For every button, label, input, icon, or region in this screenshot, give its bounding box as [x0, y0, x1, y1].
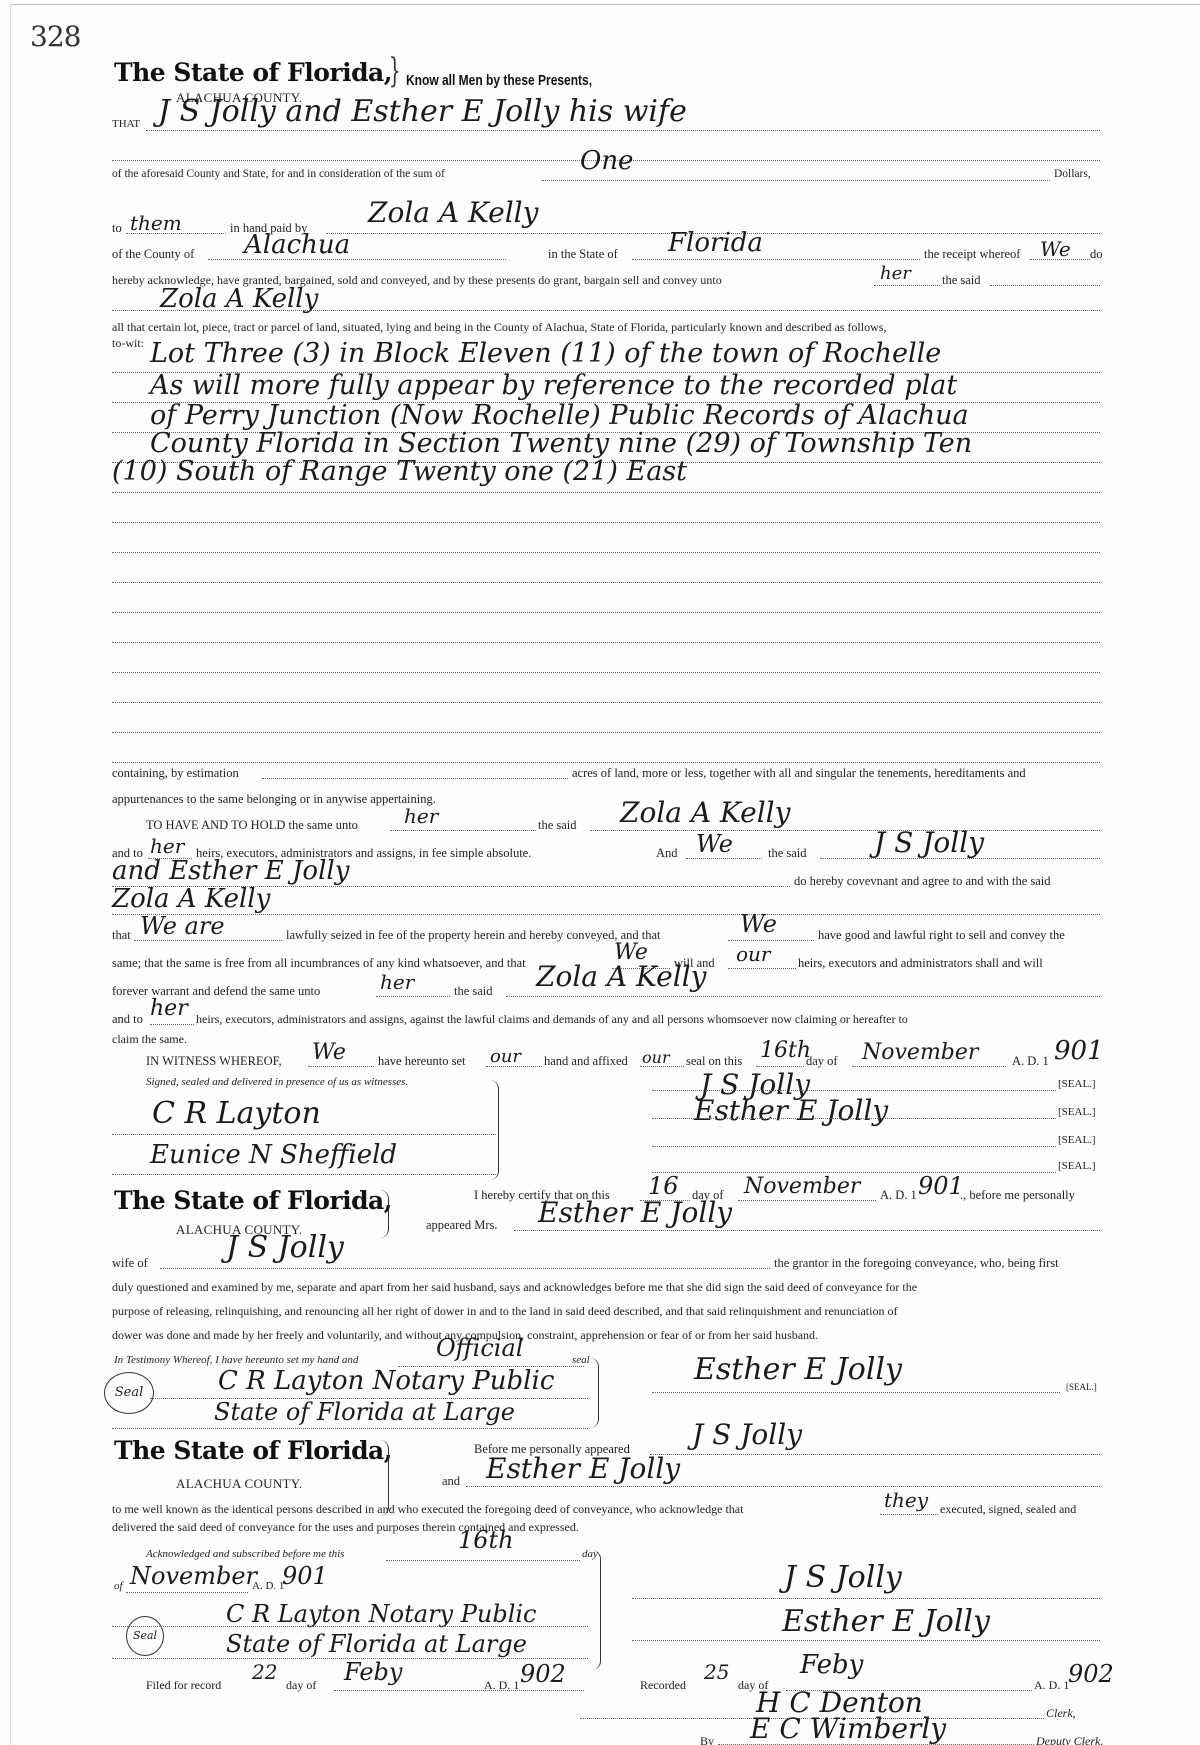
testimony-seal-label: seal: [572, 1354, 590, 1366]
said-label: the said: [768, 846, 807, 861]
dotted-line: [112, 914, 1100, 915]
consideration-text: of the aforesaid County and State, for a…: [112, 168, 445, 180]
ack-of-label: of: [114, 1580, 123, 1592]
witness-ad-label: A. D. 1: [1012, 1054, 1049, 1069]
dotted-line: [112, 522, 1100, 523]
appeared-value: Esther E Jolly: [538, 1196, 732, 1229]
seized-value: We: [740, 910, 777, 938]
grantor-text: the grantor in the foregoing conveyance,…: [774, 1256, 1059, 1271]
and-value: We: [696, 830, 733, 858]
dotted-line: [160, 1268, 770, 1269]
ack-state-title: The State of Florida,: [114, 1436, 392, 1465]
signed-sealed-text: Signed, sealed and delivered in presence…: [146, 1076, 408, 1088]
filed-day: 22: [252, 1660, 277, 1684]
certificate-signature: Esther E Jolly: [694, 1352, 902, 1387]
dotted-line: [756, 1066, 804, 1067]
certificate-ad-label: A. D. 1: [880, 1188, 917, 1203]
witness-day-of: day of: [806, 1054, 838, 1069]
notary-line-2: State of Florida at Large: [214, 1398, 515, 1426]
seal-label-2: [SEAL.]: [1058, 1106, 1096, 1118]
and-label: And: [656, 846, 678, 861]
witness-month: November: [862, 1040, 978, 1065]
dotted-line: [112, 1626, 588, 1627]
dotted-line: [514, 1230, 1100, 1231]
known-value: they: [884, 1488, 928, 1512]
dotted-line: [686, 858, 762, 859]
dotted-line: [852, 1066, 1006, 1067]
witness-signature-1: C R Layton: [152, 1096, 321, 1131]
wife-of-value: J S Jolly: [226, 1230, 344, 1265]
filed-ad-label: A. D. 1: [484, 1678, 519, 1693]
filed-month: Feby: [344, 1658, 402, 1686]
appurtenances-text: appurtenances to the same belonging or i…: [112, 792, 436, 807]
dotted-line: [112, 1174, 496, 1175]
dotted-line: [112, 1428, 588, 1429]
recorded-year: 902: [1068, 1660, 1114, 1688]
ack-signature-1: J S Jolly: [784, 1560, 902, 1595]
dotted-line: [652, 1392, 1060, 1393]
dotted-line: [880, 1514, 938, 1515]
page-edge-top: [10, 4, 1200, 5]
dotted-line: [652, 1090, 1056, 1091]
dotted-line: [466, 1486, 1100, 1487]
witness-affixed-value: our: [642, 1048, 670, 1067]
appeared-label: appeared Mrs.: [426, 1218, 498, 1233]
covenantee-field: Zola A Kelly: [112, 884, 270, 914]
know-all-men: Know all Men by these Presents,: [406, 72, 592, 89]
acres-text: acres of land, more or less, together wi…: [572, 766, 1026, 781]
known-text: to me well known as the identical person…: [112, 1502, 743, 1517]
habendum-said: the said: [538, 818, 577, 833]
dotted-line: [652, 1146, 1056, 1147]
ack-and-label: and: [442, 1474, 460, 1489]
dotted-line: [652, 1118, 1056, 1119]
warrant-grantee: Zola A Kelly: [536, 960, 706, 993]
certificate-year: 901: [918, 1172, 964, 1200]
deed-page: 328 The State of Florida, } Know all Men…: [0, 0, 1200, 1745]
dollars-label: Dollars,: [1054, 168, 1091, 180]
receipt-value: We: [1040, 237, 1071, 261]
dotted-line: [728, 968, 796, 969]
testimony-value: Official: [436, 1334, 523, 1362]
and-to-2-value: her: [150, 996, 188, 1021]
covenant-text: do hereby covevnant and agree to and wit…: [794, 874, 1051, 889]
witness-signature-2: Eunice N Sheffield: [150, 1140, 397, 1170]
ack-year: 901: [282, 1562, 328, 1590]
witness-hand-label: hand and affixed: [544, 1054, 628, 1069]
dotted-line: [134, 940, 282, 941]
dotted-line: [874, 285, 940, 286]
wife-of-label: wife of: [112, 1256, 148, 1271]
warrant-text: forever warrant and defend the same unto: [112, 984, 320, 999]
the-said-label: the said: [942, 273, 981, 288]
witness-label: IN WITNESS WHEREOF,: [146, 1054, 282, 1069]
witness-who: We: [312, 1040, 346, 1065]
deputy-clerk-label: Deputy Clerk.: [1036, 1734, 1103, 1745]
testimony-label: In Testimony Whereof, I have hereunto se…: [114, 1354, 358, 1366]
will-value: our: [736, 942, 770, 966]
consideration-amount: One: [580, 146, 633, 176]
witness-set-label: have hereunto set: [378, 1054, 465, 1069]
ack-ad-label: A. D. 1: [252, 1580, 284, 1592]
free-text: same; that the same is free from all inc…: [112, 956, 526, 971]
to-value: them: [130, 211, 182, 235]
dotted-line: [650, 1454, 1100, 1455]
clerk-label: Clerk,: [1046, 1706, 1076, 1721]
covenantor-1: J S Jolly: [874, 826, 984, 859]
legal-description-line: of Perry Junction (Now Rochelle) Public …: [150, 400, 969, 431]
dotted-line: [126, 1592, 248, 1593]
ack-signature-2: Esther E Jolly: [782, 1604, 990, 1639]
deputy-clerk-signature: E C Wimberly: [750, 1712, 946, 1745]
unto-value: her: [880, 263, 911, 284]
dotted-line: [150, 1024, 194, 1025]
and-to-value: her: [150, 834, 184, 858]
executed-text: executed, signed, sealed and: [940, 1502, 1076, 1517]
page-number: 328: [30, 20, 80, 53]
filed-label: Filed for record: [146, 1678, 221, 1693]
dotted-line: [738, 1200, 876, 1201]
dotted-line: [262, 778, 568, 779]
legal-description-line: As will more fully appear by reference t…: [150, 370, 957, 401]
ack-subscribed-label: Acknowledged and subscribed before me th…: [146, 1548, 344, 1560]
ack-notary-line-2: State of Florida at Large: [226, 1630, 527, 1658]
receipt-label: the receipt whereof: [924, 247, 1020, 262]
page-edge-left: [10, 4, 11, 1745]
filed-year: 902: [520, 1660, 566, 1688]
header-brace: }: [389, 54, 401, 88]
legal-description-line: Lot Three (3) in Block Eleven (11) of th…: [150, 338, 941, 369]
recorded-ad-label: A. D. 1: [1034, 1678, 1069, 1693]
ack-and-value: Esther E Jolly: [486, 1452, 680, 1485]
claim-same-text: claim the same.: [112, 1032, 187, 1047]
dotted-line: [990, 285, 1100, 286]
dotted-line: [112, 310, 1100, 311]
ack-month: November: [130, 1562, 257, 1590]
containing-label: containing, by estimation: [112, 766, 239, 781]
dotted-line: [632, 1640, 1100, 1641]
warrant-value: her: [380, 970, 414, 994]
habendum-grantee: Zola A Kelly: [620, 796, 790, 829]
dotted-line: [146, 130, 1100, 131]
legal-description-line: County Florida in Section Twenty nine (2…: [150, 428, 972, 459]
testimony-brace: [590, 1358, 599, 1428]
grantor-signature-2: Esther E Jolly: [694, 1094, 888, 1127]
ack-notary-brace: [592, 1550, 601, 1670]
dotted-line: [652, 1172, 1056, 1173]
filed-day-of: day of: [286, 1678, 316, 1693]
recorded-day: 25: [704, 1660, 729, 1684]
certificate-state-title: The State of Florida,: [114, 1186, 392, 1215]
covenantor-2: and Esther E Jolly: [112, 856, 349, 886]
dotted-line: [112, 582, 1100, 583]
dotted-line: [542, 180, 1050, 181]
notary-seal-mark: Seal: [104, 1372, 154, 1414]
certificate-paragraph-line: purpose of releasing, relinquishing, and…: [112, 1304, 897, 1319]
dotted-line: [632, 1598, 1100, 1599]
ack-seal-mark: Seal: [126, 1616, 164, 1656]
dotted-line: [308, 1066, 374, 1067]
before-me-value: J S Jolly: [692, 1418, 802, 1451]
notary-line-1: C R Layton Notary Public: [218, 1366, 554, 1396]
claims-text: heirs, executors, administrators and ass…: [196, 1012, 908, 1027]
state-of-label: in the State of: [548, 247, 618, 262]
recorded-label: Recorded: [640, 1678, 686, 1693]
dotted-line: [506, 996, 1100, 997]
parcel-text: all that certain lot, piece, tract or pa…: [112, 320, 886, 335]
legal-description-line: (10) South of Range Twenty one (21) East: [112, 456, 687, 487]
dotted-line: [390, 830, 536, 831]
dotted-line: [334, 1690, 584, 1691]
right-text: have good and lawful right to sell and c…: [818, 928, 1065, 943]
dotted-line: [376, 996, 450, 997]
dotted-line: [112, 732, 1100, 733]
and-to-2-label: and to: [112, 1012, 143, 1027]
seal-label-4: [SEAL.]: [1058, 1160, 1096, 1172]
dotted-line: [112, 642, 1100, 643]
to-label: to: [112, 221, 122, 236]
certificate-paragraph-line: duly questioned and examined by me, sepa…: [112, 1280, 917, 1295]
do-label: do: [1090, 247, 1103, 262]
dotted-line: [112, 552, 1100, 553]
dotted-line: [590, 830, 1100, 831]
grantee-field: Zola A Kelly: [368, 196, 538, 229]
executors-text: heirs, executors and administrators shal…: [798, 956, 1043, 971]
state-title: The State of Florida,: [114, 58, 392, 87]
that-label-2: that: [112, 928, 131, 943]
before-me-text: ., before me personally: [960, 1188, 1075, 1203]
that-label: THAT: [112, 118, 140, 130]
dotted-line: [728, 940, 814, 941]
dotted-line: [112, 702, 1100, 703]
witness-seal-on: seal on this: [686, 1054, 742, 1069]
dotted-line: [112, 612, 1100, 613]
recorded-month: Feby: [800, 1650, 863, 1680]
certificate-brace: [380, 1190, 389, 1238]
seized-text: lawfully seized in fee of the property h…: [286, 928, 661, 943]
dotted-line: [112, 1134, 496, 1135]
dotted-line: [112, 492, 1100, 493]
witness-brace: [490, 1080, 499, 1180]
state-value: Florida: [668, 228, 763, 258]
certificate-month: November: [744, 1174, 860, 1199]
ack-day: 16th: [458, 1526, 514, 1554]
dotted-line: [632, 259, 920, 260]
by-label: By: [700, 1734, 714, 1745]
county-value: Alachua: [244, 230, 350, 260]
dotted-line: [386, 1560, 580, 1561]
certificate-seal-label: [SEAL.]: [1066, 1382, 1097, 1392]
that-value: We are: [140, 912, 225, 940]
dotted-line: [112, 762, 1100, 763]
habendum-unto: her: [404, 804, 438, 828]
seal-label-1: [SEAL.]: [1058, 1078, 1096, 1090]
ack-notary-line-1: C R Layton Notary Public: [226, 1600, 537, 1628]
ack-county: ALACHUA COUNTY.: [176, 1476, 302, 1492]
witness-year: 901: [1054, 1036, 1104, 1066]
to-wit-label: to-wit:: [112, 336, 144, 351]
seal-label-3: [SEAL.]: [1058, 1134, 1096, 1146]
county-of-label: of the County of: [112, 247, 194, 262]
grantors-field: J S Jolly and Esther E Jolly his wife: [158, 94, 687, 129]
habendum-label: TO HAVE AND TO HOLD the same unto: [146, 818, 358, 833]
dotted-line: [112, 672, 1100, 673]
witness-set-value: our: [490, 1046, 521, 1067]
warrant-said: the said: [454, 984, 493, 999]
witness-day: 16th: [760, 1038, 811, 1063]
